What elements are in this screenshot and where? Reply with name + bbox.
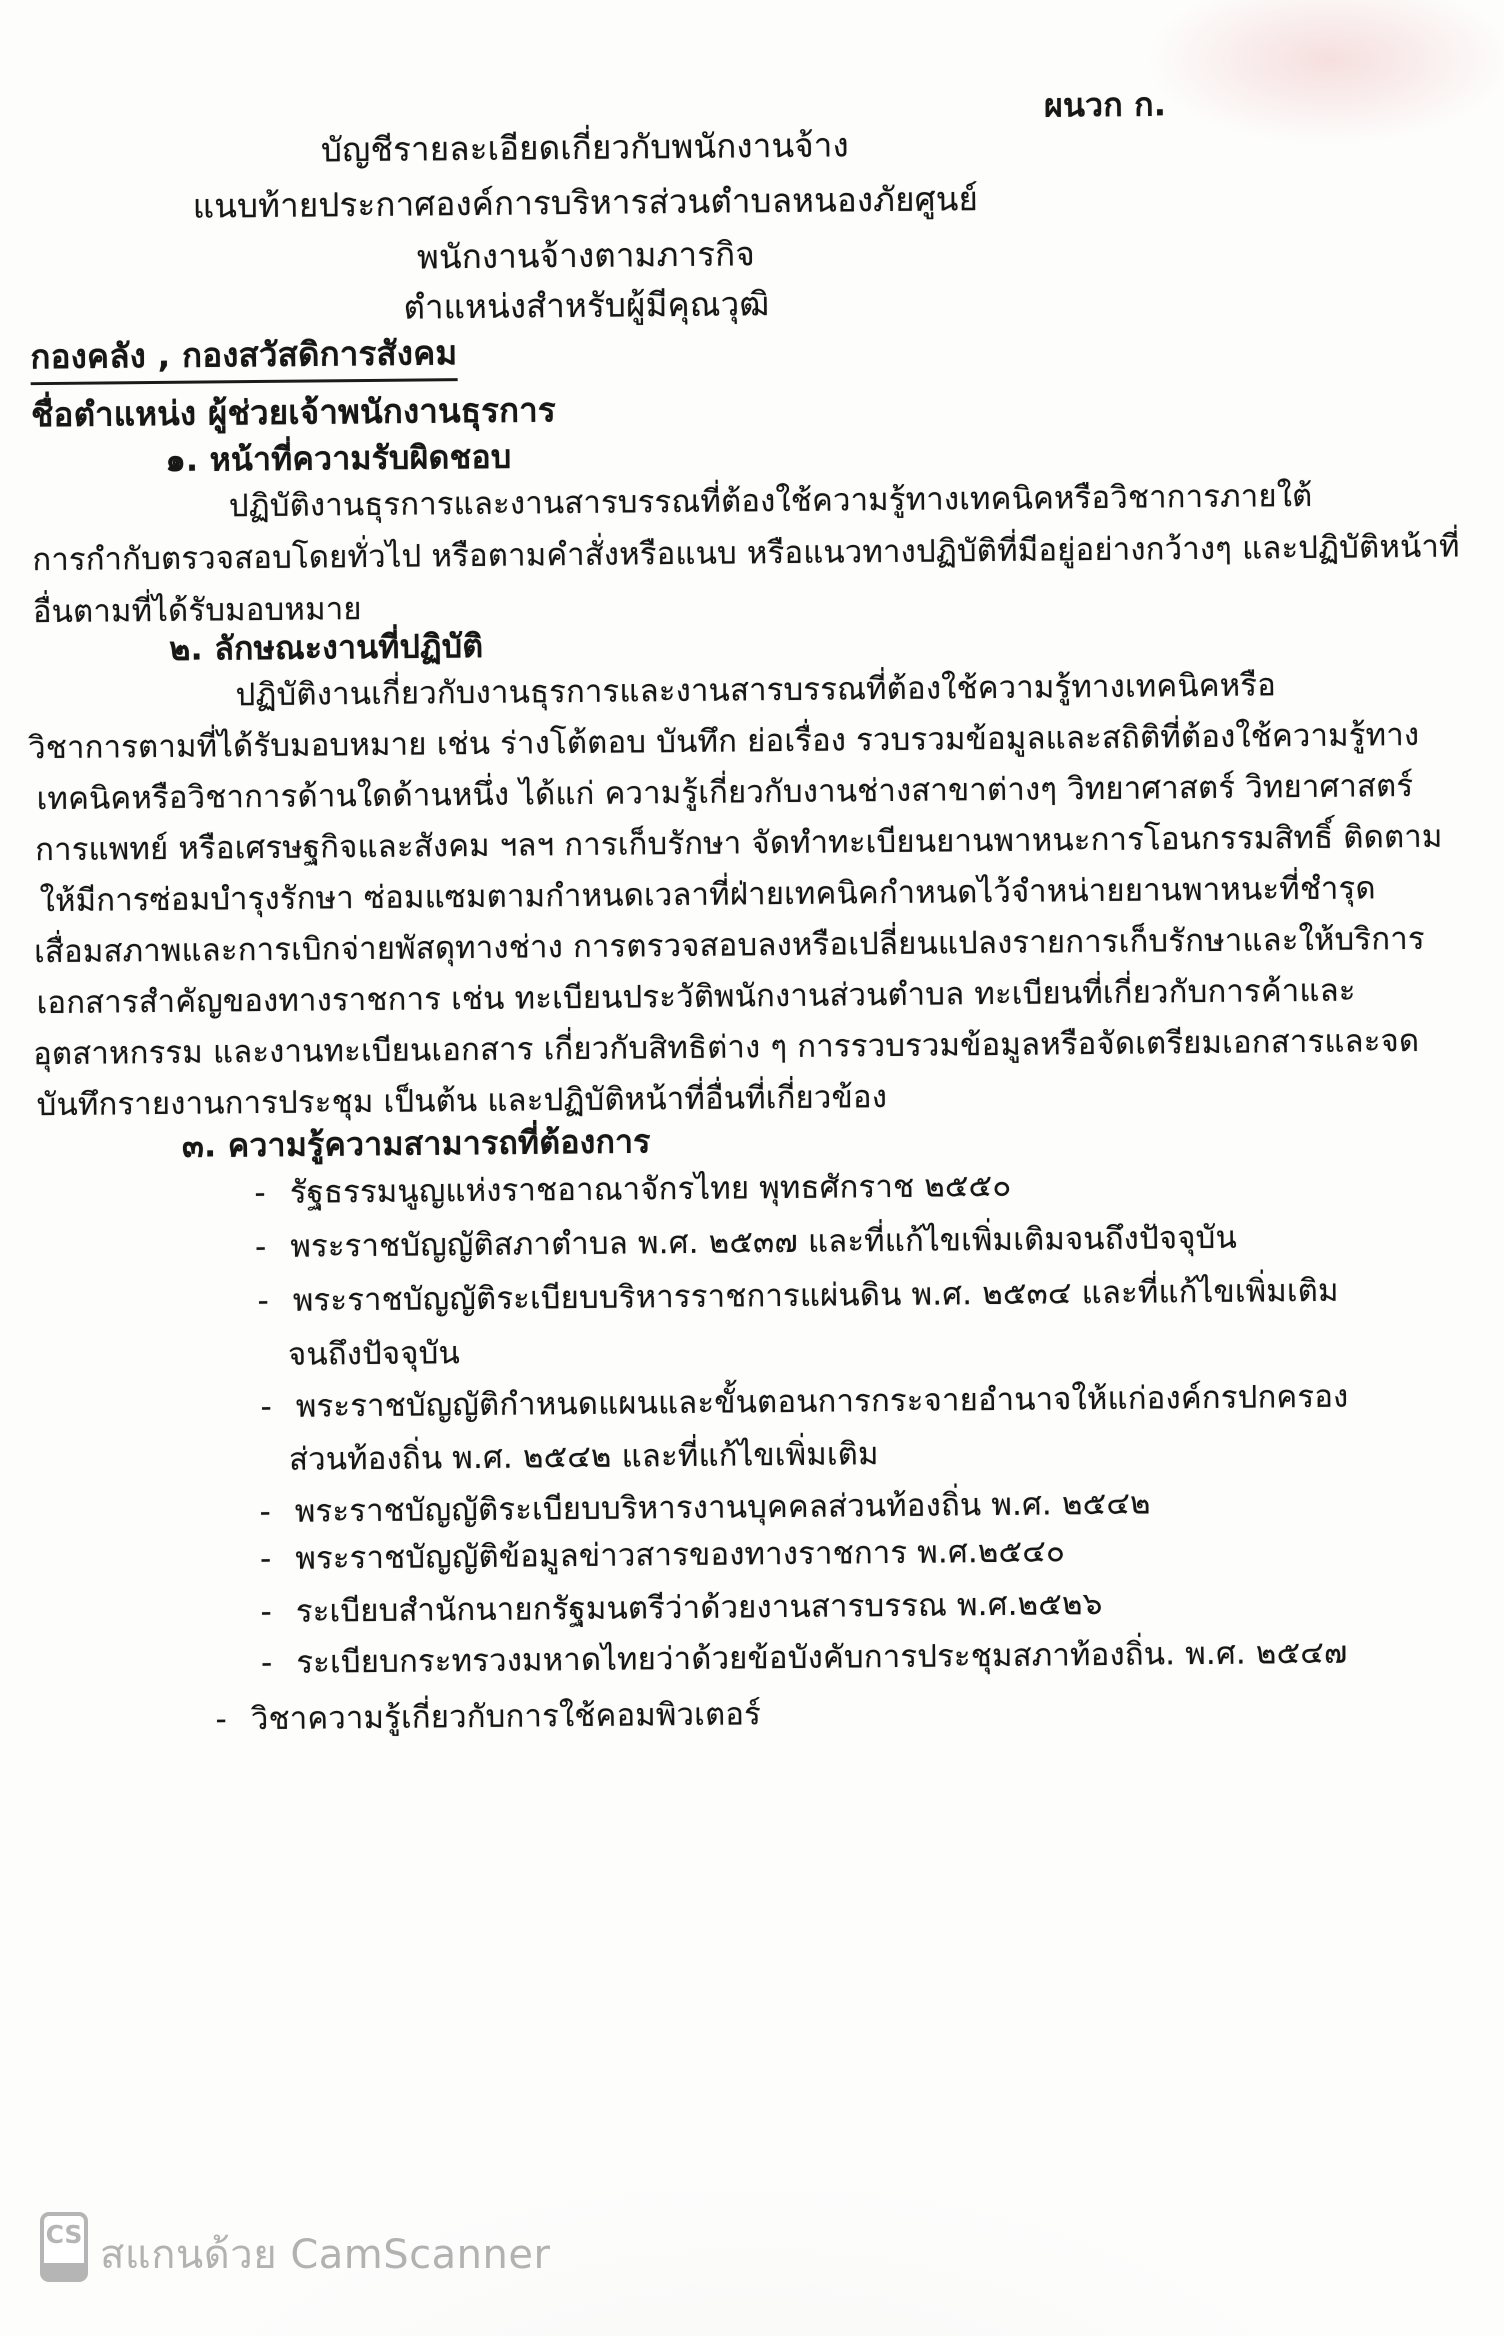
section-1-heading: ๑. หน้าที่ความรับผิดชอบ: [165, 435, 511, 482]
bullet-dash: -: [255, 1225, 267, 1269]
section-2-line: เทคนิคหรือวิชาการด้านใดด้านหนึ่ง ได้แก่ …: [36, 764, 1413, 821]
bullet-item: - พระราชบัญญัติข้อมูลข่าวสารของทางราชการ…: [260, 1529, 1065, 1581]
bullet-item: - ระเบียบกระทรวงมหาดไทยว่าด้วยข้อบังคับก…: [261, 1631, 1348, 1685]
document-sheet: ผนวก ก. บัญชีรายละเอียดเกี่ยวกับพนักงานจ…: [0, 0, 1504, 2336]
bullet-item: - พระราชบัญญัติสภาตำบล พ.ศ. ๒๕๓๗ และที่แ…: [255, 1216, 1237, 1269]
bullet-dash: -: [254, 1171, 266, 1215]
bullet-text: รัฐธรรมนูญแห่งราชอาณาจักรไทย พุทธศักราช …: [290, 1164, 1012, 1215]
bullet-dash: -: [259, 1490, 271, 1534]
bullet-item: - รัฐธรรมนูญแห่งราชอาณาจักรไทย พุทธศักรา…: [254, 1164, 1011, 1215]
section-2-line: อุตสาหกรรม และงานทะเบียนเอกสาร เกี่ยวกับ…: [33, 1019, 1420, 1076]
document-title-line-1: บัญชีรายละเอียดเกี่ยวกับพนักงานจ้าง: [0, 120, 1178, 175]
bullet-dash: -: [260, 1385, 272, 1429]
bullet-dash: -: [257, 1279, 269, 1323]
position-heading: ชื่อตำแหน่ง ผู้ช่วยเจ้าพนักงานธุรการ: [31, 388, 556, 437]
bullet-text: พระราชบัญญัติข้อมูลข่าวสารของทางราชการ พ…: [295, 1529, 1065, 1580]
section-1-line: การกำกับตรวจสอบโดยทั่วไป หรือตามคำสั่งหร…: [32, 524, 1460, 582]
camscanner-logo-base: [44, 2263, 84, 2278]
bullet-text: พระราชบัญญัติระเบียบบริหารงานบุคคลส่วนท้…: [295, 1481, 1151, 1533]
bullet-text: ระเบียบสำนักนายกรัฐมนตรีว่าด้วยงานสารบรร…: [296, 1582, 1103, 1634]
bullet-dash: -: [260, 1590, 272, 1634]
bullet-item: - พระราชบัญญัติระเบียบบริหารงานบุคคลส่วน…: [259, 1481, 1151, 1534]
camscanner-logo-letters: CS: [44, 2220, 84, 2249]
document-title-line-3: พนักงานจ้างตามภารกิจ: [0, 228, 1179, 283]
section-2-line: ปฏิบัติงานเกี่ยวกับงานธุรการและงานสารบรร…: [235, 663, 1276, 717]
camscanner-logo-icon: CS: [40, 2212, 88, 2282]
document-title-line-2: แนบท้ายประกาศองค์การบริหารส่วนตำบลหนองภั…: [0, 175, 1178, 230]
division-heading-text: กองคลัง , กองสวัสดิการสังคม: [30, 331, 457, 385]
section-1-line: ปฏิบัติงานธุรการและงานสารบรรณที่ต้องใช้ค…: [229, 474, 1313, 528]
bullet-text: วิชาความรู้เกี่ยวกับการใช้คอมพิวเตอร์: [251, 1692, 762, 1741]
bullet-text: พระราชบัญญัติระเบียบบริหารราชการแผ่นดิน …: [293, 1269, 1339, 1323]
bullet-item: - พระราชบัญญัติระเบียบบริหารราชการแผ่นดิ…: [257, 1269, 1339, 1323]
section-2-heading: ๒. ลักษณะงานที่ปฏิบัติ: [169, 624, 483, 671]
section-2-line: การแพทย์ หรือเศรษฐกิจและสังคม ฯลฯ การเก็…: [35, 815, 1443, 873]
bullet-item: - วิชาความรู้เกี่ยวกับการใช้คอมพิวเตอร์: [215, 1692, 761, 1741]
section-2-line: ให้มีการซ่อมบำรุงรักษา ซ่อมแซมตามกำหนดเว…: [39, 866, 1375, 923]
camscanner-caption: สแกนด้วย CamScanner: [100, 2222, 550, 2286]
scanned-document-page: ผนวก ก. บัญชีรายละเอียดเกี่ยวกับพนักงานจ…: [0, 0, 1504, 2336]
section-2-line: เสื่อมสภาพและการเบิกจ่ายพัสดุทางช่าง การ…: [34, 917, 1425, 974]
section-2-line: บันทึกรายงานการประชุม เป็นต้น และปฏิบัติ…: [36, 1075, 887, 1127]
bullet-continuation: ส่วนท้องถิ่น พ.ศ. ๒๕๔๒ และที่แก้ไขเพิ่มเ…: [289, 1432, 879, 1482]
division-heading: กองคลัง , กองสวัสดิการสังคม: [30, 331, 457, 385]
bullet-continuation: จนถึงปัจจุบัน: [288, 1331, 460, 1377]
document-title-line-4: ตำแหน่งสำหรับผู้มีคุณวุฒิ: [0, 278, 1179, 333]
bullet-dash: -: [215, 1697, 227, 1741]
bullet-dash: -: [261, 1641, 273, 1685]
section-2-line: วิชาการตามที่ได้รับมอบหมาย เช่น ร่างโต้ต…: [28, 713, 1419, 770]
bullet-text: พระราชบัญญัติกำหนดแผนและขั้นตอนการกระจาย…: [296, 1375, 1349, 1429]
section-3-heading: ๓. ความรู้ความสามารถที่ต้องการ: [182, 1119, 651, 1167]
bullet-item: - พระราชบัญญัติกำหนดแผนและขั้นตอนการกระจ…: [260, 1375, 1348, 1429]
bullet-dash: -: [260, 1537, 272, 1581]
bullet-text: ระเบียบกระทรวงมหาดไทยว่าด้วยข้อบังคับการ…: [296, 1631, 1347, 1685]
section-2-line: เอกสารสำคัญของทางราชการ เช่น ทะเบียนประว…: [36, 968, 1355, 1025]
bullet-item: - ระเบียบสำนักนายกรัฐมนตรีว่าด้วยงานสารบ…: [260, 1582, 1102, 1634]
bullet-text: พระราชบัญญัติสภาตำบล พ.ศ. ๒๕๓๗ และที่แก้…: [290, 1216, 1237, 1269]
